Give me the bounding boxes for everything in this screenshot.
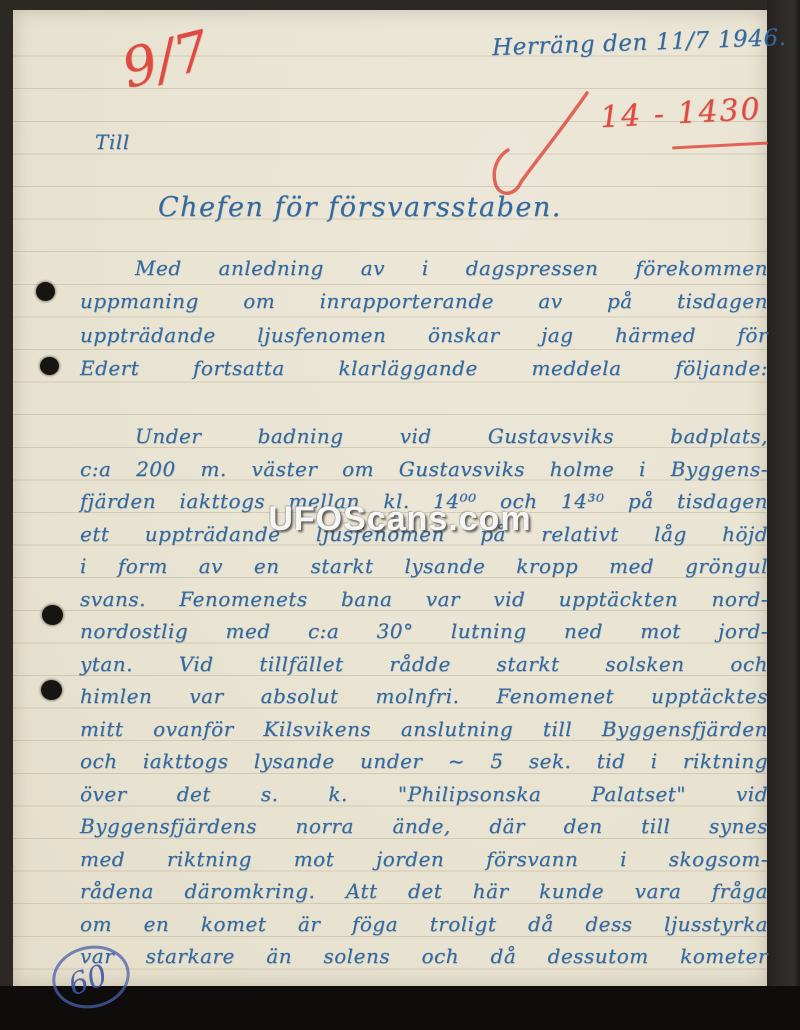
archive-number: 60: [64, 958, 111, 1003]
handwritten-line: himlen var absolut molnfri. Fenomenet up…: [80, 680, 768, 713]
scanned-letter-page: Herräng den 11/7 1946. 9/7 14 - 1430 Til…: [0, 0, 800, 1030]
handwritten-line: Edert fortsatta klarläggande meddela föl…: [80, 352, 768, 385]
watermark: UFOScans.com: [268, 500, 531, 539]
salutation: Till: [95, 130, 130, 154]
handwritten-line: om en komet är föga troligt då dess ljus…: [80, 908, 768, 941]
handwritten-line: över det s. k. "Philipsonska Palatset" v…: [80, 778, 768, 811]
handwritten-line: Under badning vid Gustavsviks badplats,: [80, 420, 768, 453]
handwritten-line: var starkare än solens och då dessutom k…: [80, 940, 768, 973]
handwritten-line: Med anledning av i dagspressen förekomme…: [80, 252, 768, 285]
handwritten-line: ytan. Vid tillfället rådde starkt solske…: [80, 648, 768, 681]
handwritten-line: i form av en starkt lysande kropp med gr…: [80, 550, 768, 583]
handwritten-line: uppträdande ljusfenomen önskar jag härme…: [80, 319, 768, 352]
punch-hole: [40, 357, 59, 375]
recipient-line: Chefen för försvarsstaben.: [158, 192, 562, 223]
letter-paragraph-1: Med anledning av i dagspressen förekomme…: [80, 252, 768, 385]
handwritten-line: Byggensfjärdens norra ände, där den till…: [80, 810, 768, 843]
punch-hole: [36, 282, 55, 301]
punch-hole: [41, 680, 62, 700]
handwritten-line: med riktning mot jorden försvann i skogs…: [80, 843, 768, 876]
handwritten-line: svans. Fenomenets bana var vid upptäckte…: [80, 583, 768, 616]
scanner-background-right: [767, 0, 800, 1030]
handwritten-line: c:a 200 m. väster om Gustavsviks holme i…: [80, 453, 768, 486]
handwritten-line: nordostlig med c:a 30° lutning ned mot j…: [80, 615, 768, 648]
handwritten-line: uppmaning om inrapporterande av på tisda…: [80, 285, 768, 318]
handwritten-line: rådena däromkring. Att det här kunde var…: [80, 875, 768, 908]
punch-hole: [42, 605, 63, 625]
handwritten-line: och iakttogs lysande under ~ 5 sek. tid …: [80, 745, 768, 778]
handwritten-line: mitt ovanför Kilsvikens anslutning till …: [80, 713, 768, 746]
